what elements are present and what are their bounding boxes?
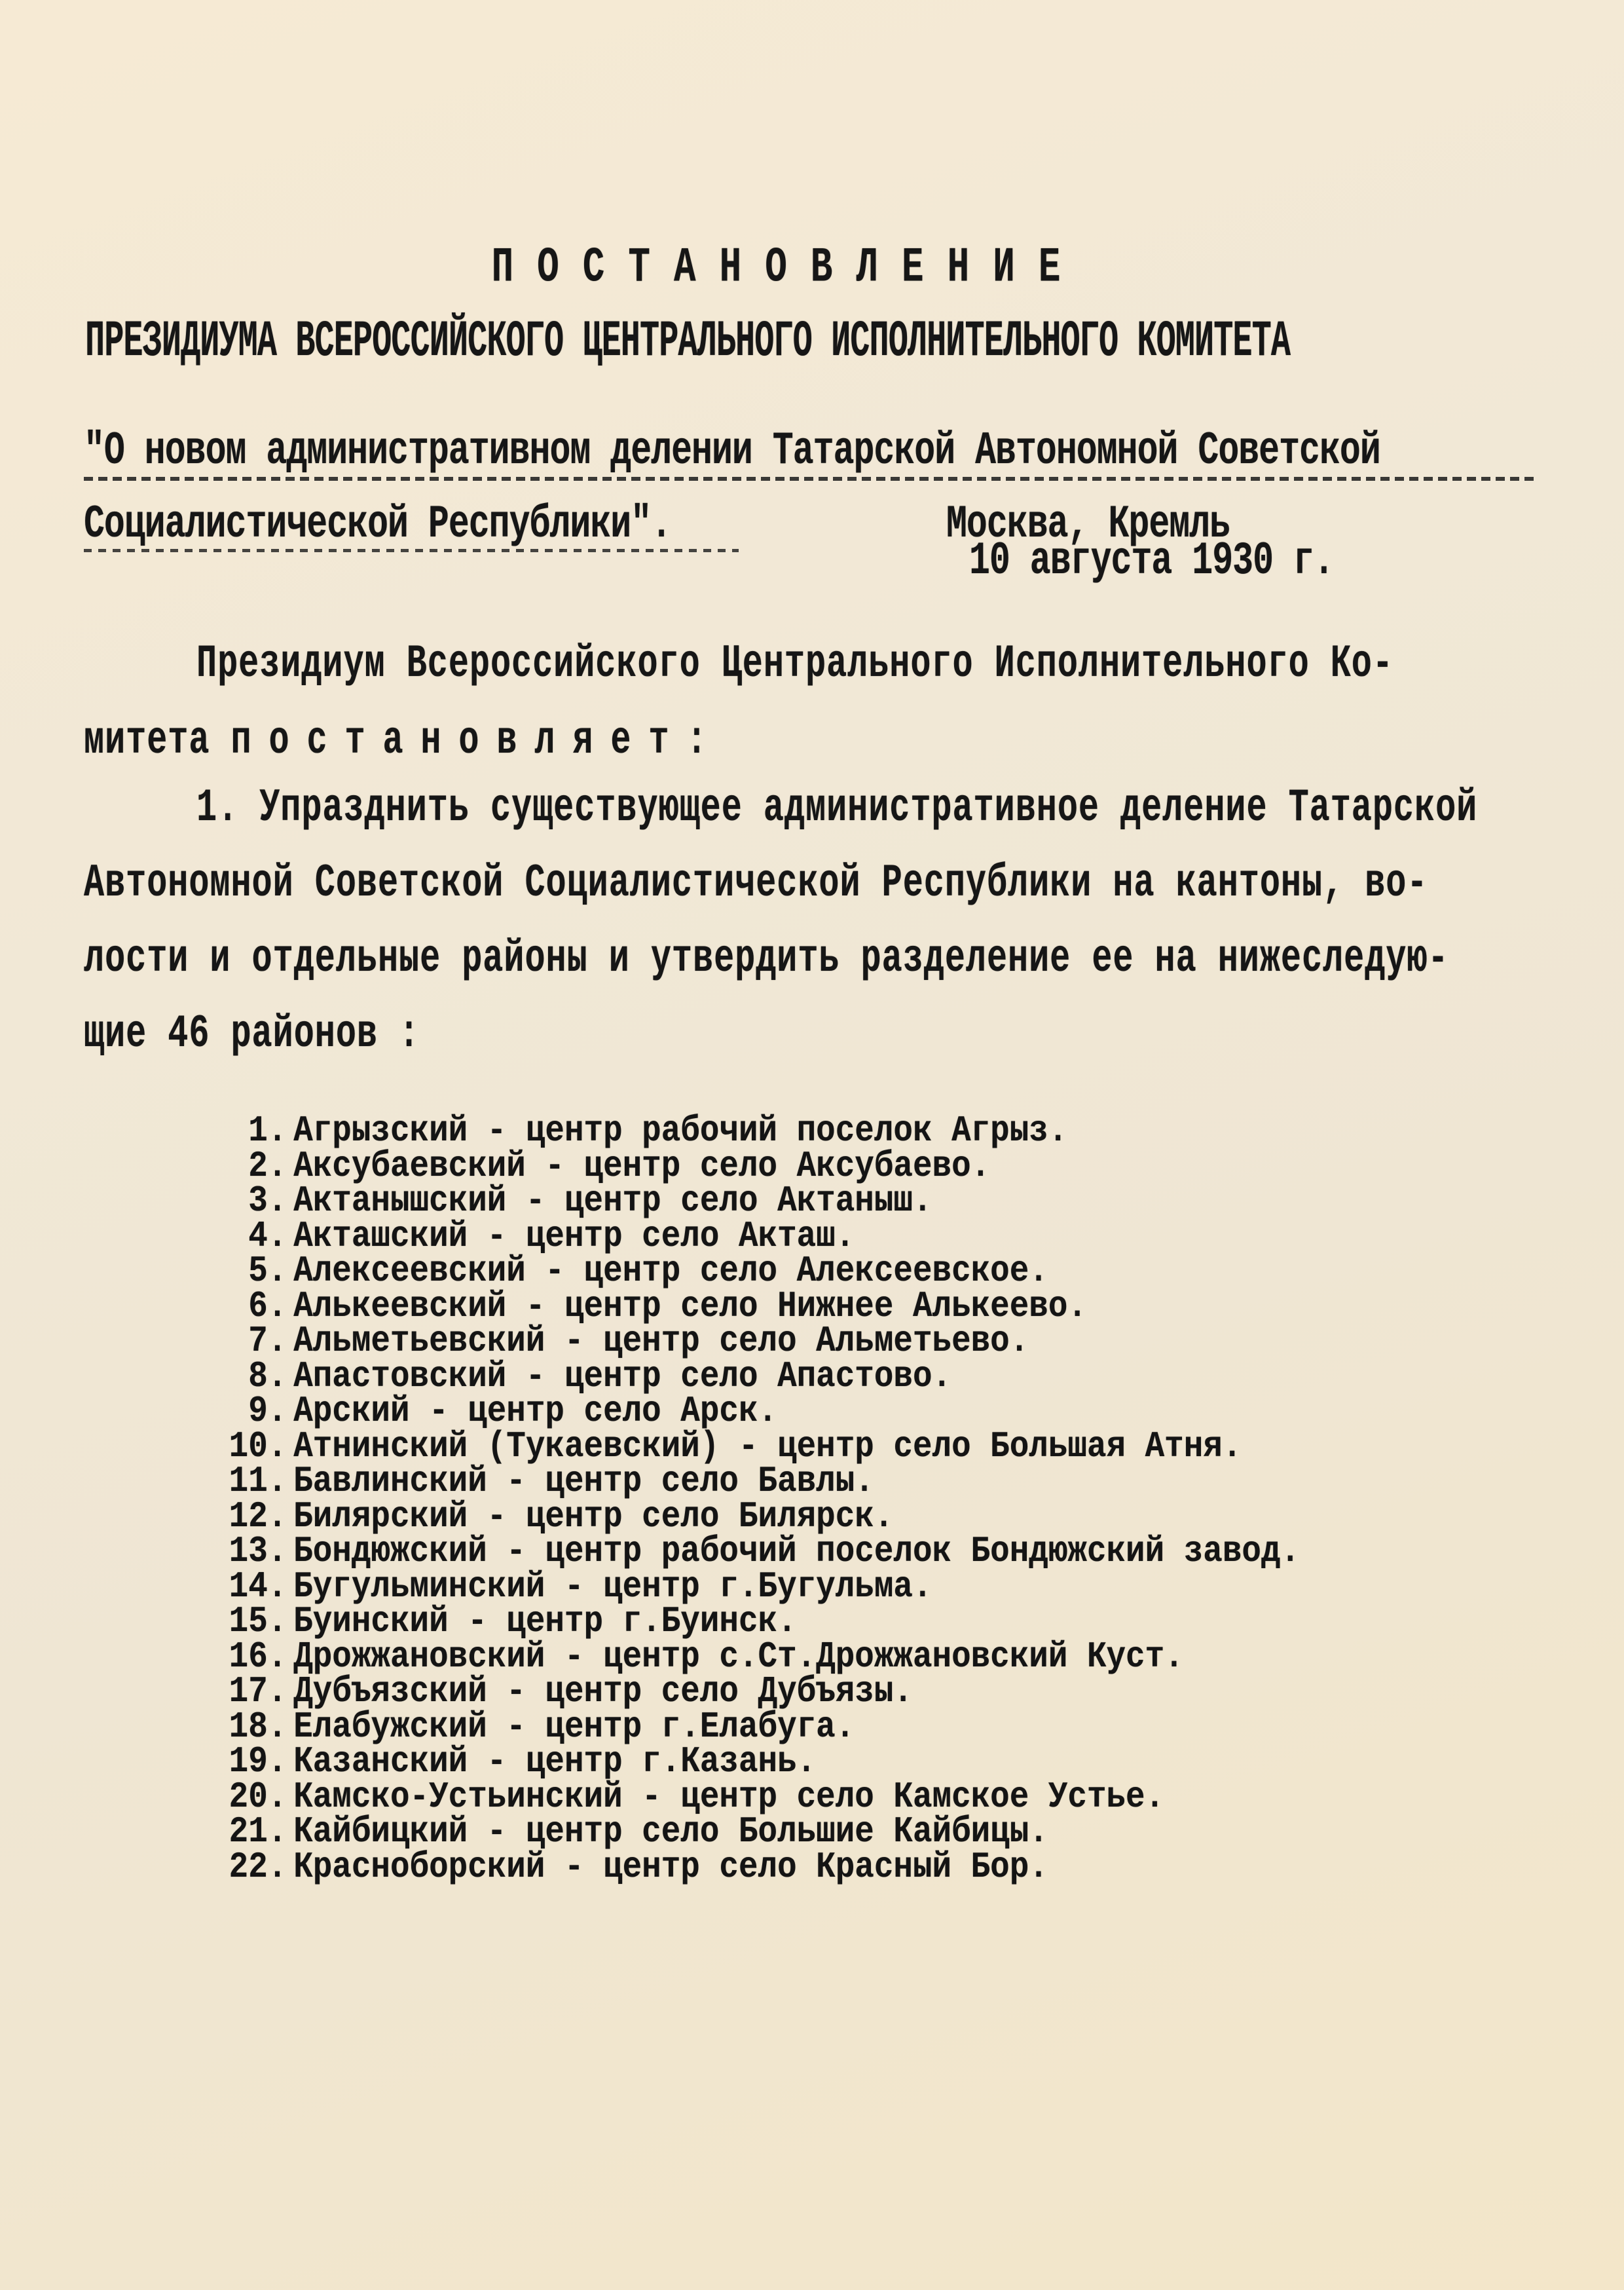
subject-underline-1 xyxy=(84,477,1539,481)
date-of-issue: 10 августа 1930 г. xyxy=(969,536,1334,588)
subject-line-1: "О новом административном делении Татарс… xyxy=(84,426,1380,478)
subject-underline-2 xyxy=(84,549,739,552)
list-item: 11.Бавлинский - центр село Бавлы. xyxy=(216,1461,1300,1500)
list-item: 18.Елабужский - центр г.Елабуга. xyxy=(216,1706,1300,1746)
list-item: 19.Казанский - центр г.Казань. xyxy=(216,1741,1300,1780)
list-item: 5.Алексеевский - центр село Алексеевское… xyxy=(216,1250,1300,1290)
clause-1-line-2: Автономной Советской Социалистической Ре… xyxy=(84,858,1428,910)
clause-1-line-4: щие 46 районов : xyxy=(84,1009,420,1061)
item-text: Красноборский - центр село Красный Бор. xyxy=(293,1847,1048,1888)
issuer-heading: ПРЕЗИДИУМА ВСЕРОССИЙСКОГО ЦЕНТРАЛЬНОГО И… xyxy=(85,313,1290,371)
list-item: 22.Красноборский - центр село Красный Бо… xyxy=(216,1847,1300,1886)
item-number: 22. xyxy=(216,1847,287,1888)
list-item: 14.Бугульминский - центр г.Бугульма. xyxy=(216,1566,1300,1605)
preamble-prefix: митета xyxy=(84,715,210,767)
list-item: 20.Камско-Устьинский - центр село Камско… xyxy=(216,1776,1300,1816)
subject-line-2: Социалистической Республики". xyxy=(84,499,671,551)
resolve-verb: постановляет: xyxy=(231,715,724,767)
preamble-line-2: митета постановляет: xyxy=(84,715,724,767)
clause-1-line-1: 1. Упразднить существующее административ… xyxy=(196,783,1477,835)
document-title: ПОСТАНОВЛЕНИЕ xyxy=(0,239,1624,295)
list-item: 6.Алькеевский - центр село Нижнее Алькее… xyxy=(216,1286,1300,1325)
list-item: 8.Апастовский - центр село Апастово. xyxy=(216,1356,1300,1395)
district-list: 1.Агрызский - центр рабочий поселок Агры… xyxy=(216,1110,1316,1881)
list-item: 17.Дубъязский - центр село Дубъязы. xyxy=(216,1671,1300,1710)
list-item: 13.Бондюжский - центр рабочий поселок Бо… xyxy=(216,1531,1300,1570)
list-item: 16.Дрожжановский - центр с.Ст.Дрожжановс… xyxy=(216,1636,1300,1676)
list-item: 2.Аксубаевский - центр село Аксубаево. xyxy=(216,1146,1300,1185)
list-item: 15.Буинский - центр г.Буинск. xyxy=(216,1601,1300,1640)
document-page: ПОСТАНОВЛЕНИЕ ПРЕЗИДИУМА ВСЕРОССИЙСКОГО … xyxy=(0,0,1624,2290)
document-title-text: ПОСТАНОВЛЕНИЕ xyxy=(492,239,1084,295)
list-item: 10.Атнинский (Тукаевский) - центр село Б… xyxy=(216,1426,1300,1465)
preamble-line-1: Президиум Всероссийского Центрального Ис… xyxy=(196,639,1393,690)
list-item: 9.Арский - центр село Арск. xyxy=(216,1391,1300,1430)
clause-1-line-3: лости и отдельные районы и утвердить раз… xyxy=(84,933,1449,985)
list-item: 12.Билярский - центр село Билярск. xyxy=(216,1496,1300,1535)
list-item: 3.Актанышский - центр село Актаныш. xyxy=(216,1180,1300,1220)
list-item: 7.Альметьевский - центр село Альметьево. xyxy=(216,1321,1300,1360)
list-item: 1.Агрызский - центр рабочий поселок Агры… xyxy=(216,1110,1300,1150)
list-item: 4.Акташский - центр село Акташ. xyxy=(216,1216,1300,1255)
list-item: 21.Кайбицкий - центр село Большие Кайбиц… xyxy=(216,1811,1300,1850)
